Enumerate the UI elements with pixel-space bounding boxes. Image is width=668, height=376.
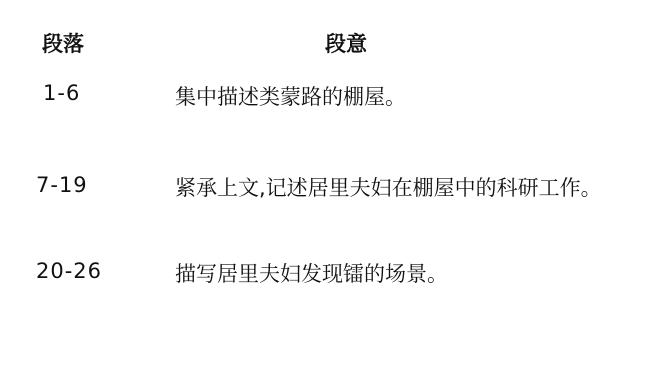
row-meaning: 紧承上文,记述居里夫妇在棚屋中的科研工作。 [175,178,602,199]
row-meaning: 描写居里夫妇发现镭的场景。 [175,264,448,285]
row-meaning: 集中描述类蒙路的棚屋。 [175,87,406,108]
row-paragraph-range: 7-19 [36,175,88,196]
header-paragraph: 段落 [42,34,84,55]
row-paragraph-range: 1-6 [43,83,80,104]
row-paragraph-range: 20-26 [36,261,102,282]
header-meaning: 段意 [325,34,367,55]
